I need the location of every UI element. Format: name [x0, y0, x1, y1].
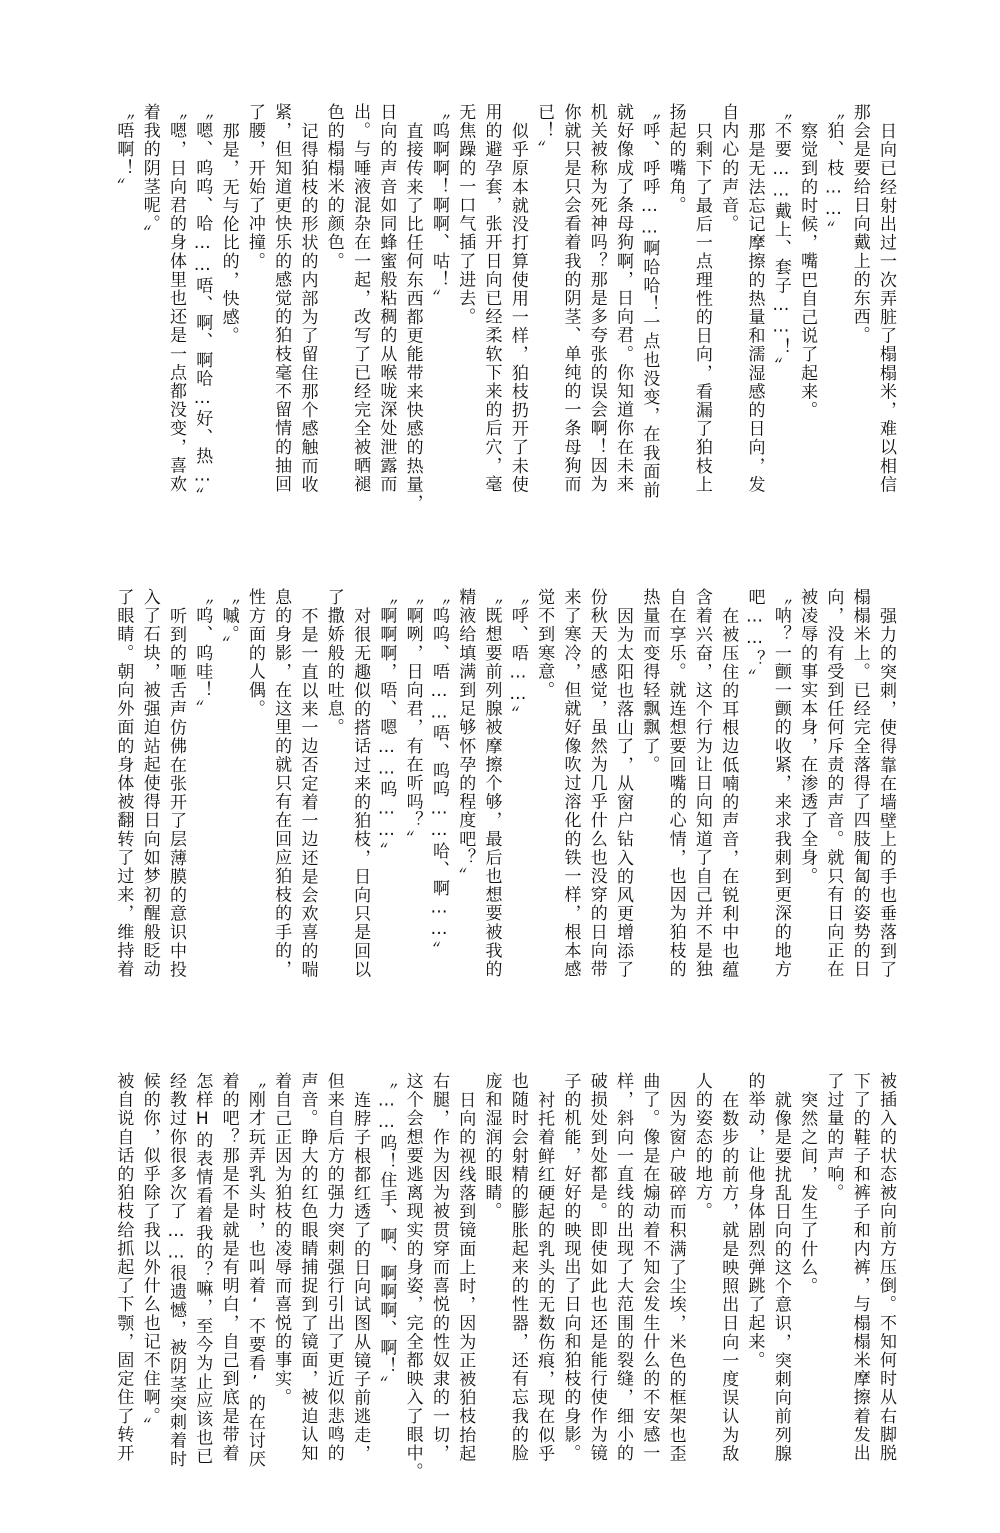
- text-column: 色的榻榻米的颜色。: [320, 103, 346, 505]
- text-column: 那是无法忘记摩擦的热量和濡湿感的日向，发: [741, 103, 767, 505]
- text-column: 那是，无与伦比的，快感。: [215, 103, 241, 505]
- text-column: 日向的声音如同蜂蜜般粘稠的从喉咙深处泄露而: [373, 103, 399, 505]
- text-column: 突然之间，发生了什么。: [794, 1072, 820, 1474]
- text-column: 下了的鞋子和裤子和内裤，与榻榻米摩擦着发出: [846, 1072, 872, 1474]
- text-column: 吧……？〞: [741, 588, 767, 990]
- text-column: 着我的阴茎呢。〞: [136, 103, 162, 505]
- text-column: 榻榻米上。已经完全落得了四肢匍匐的姿势的日: [846, 588, 872, 990]
- text-column: 人的姿态的地方。: [689, 1072, 715, 1474]
- text-column: 热量而变得轻飘飘了。: [636, 588, 662, 990]
- text-column: 直接传来了比任何东西都更能带来快感的热量，: [399, 103, 425, 505]
- text-column: 紧，但知道更快乐的感觉的狛枝毫不留情的抽回: [268, 103, 294, 505]
- dialogue-column: 〝呼、呼呼……啊哈哈！一点也没变，在我面前: [636, 103, 662, 505]
- text-column: 破损处到处都是。即使如此也还是能行使作为镜: [583, 1072, 609, 1474]
- text-column: 无焦躁的一口气插了进去。: [452, 103, 478, 505]
- text-column: 精液给填满到足够怀孕的程度吧？〞: [452, 588, 478, 990]
- dialogue-column: 〝唔啊！〞: [110, 103, 136, 505]
- text-column: 了腰，开始了冲撞。: [242, 103, 268, 505]
- text-column: 记得狛枝的形状的内部为了留住那个感触而收: [294, 103, 320, 505]
- text-block-middle: 强力的突刺，使得靠在墙壁上的手也垂落到了 榻榻米上。已经完全落得了四肢匍匐的姿势…: [109, 588, 899, 990]
- dialogue-column: 〝……呜！住手、啊、啊啊啊、啊！〞: [373, 1072, 399, 1474]
- text-column: 入了石块，被强迫站起使得日向如梦初醒般眨动: [136, 588, 162, 990]
- dialogue-column: 〝刚才玩弄乳头时，也叫着‘不要看’的在讨厌: [242, 1072, 268, 1474]
- text-column: 着自己正因为狛枝的凌辱而喜悦的事实。: [268, 1072, 294, 1474]
- text-column: 的举动，让他身体剧烈弹跳了起来。: [741, 1072, 767, 1474]
- text-column: 含着兴奋，这个行为让日向知道了自己并不是独: [689, 588, 715, 990]
- text-column: 那会是要给日向戴上的东西。: [846, 103, 872, 505]
- text-column: 因为太阳也落山了，从窗户钻入的风更增添了: [610, 588, 636, 990]
- text-column: 被凌辱的事实本身，在渗透了全身。: [794, 588, 820, 990]
- text-column: 向，没有受到任何斥责的声音。就只有日向正在: [820, 588, 846, 990]
- text-column: 来了寒冷，但就好像吹过溶化的铁一样，根本感: [557, 588, 583, 990]
- text-column: 强力的突刺，使得靠在墙壁上的手也垂落到了: [873, 588, 899, 990]
- text-column: 就好像成了条母狗啊，日向君。你知道你在未来: [610, 103, 636, 505]
- dialogue-column: 〝既想要前列腺被摩擦个够，最后也想要被我的: [478, 588, 504, 990]
- dialogue-column: 〝狛、枝……〞: [820, 103, 846, 505]
- text-column: 出。与唾液混杂在一起，改写了已经完全被晒褪: [347, 103, 373, 505]
- text-column: 已！〞: [531, 103, 557, 505]
- text-column: 了过量的声响。: [820, 1072, 846, 1474]
- text-column: 听到的咂舌声仿佛在张开了层薄膜的意识中投: [163, 588, 189, 990]
- text-column: 候的你，似乎除了我以外什么也记不住啊。〞: [136, 1072, 162, 1474]
- dialogue-column: 〝呜啊啊！啊啊、咕！〞: [426, 103, 452, 505]
- text-column: 曲了。像是在煽动着不知会发生什么的不安感一: [636, 1072, 662, 1474]
- text-column: 了眼睛。朝向外面的身体被翻转了过来，维持着: [110, 588, 136, 990]
- text-column: 只剩下了最后一点理性的日向，看漏了狛枝上: [689, 103, 715, 505]
- text-column: 在数步的前方，就是映照出日向一度误认为敌: [715, 1072, 741, 1474]
- text-column: 你就只是只会看着我的阴茎、单纯的一条母狗而: [557, 103, 583, 505]
- text-column: 日向已经射出过一次弄脏了榻榻米，难以相信: [873, 103, 899, 505]
- text-column: 声音。睁大的红色眼睛捕捉到了镜面，被迫认知: [294, 1072, 320, 1474]
- text-column: 份秋天的感觉，虽然为几乎什么也没穿的日向带: [583, 588, 609, 990]
- dialogue-column: 〝呜、呜哇！〞: [189, 588, 215, 990]
- text-column: 对很无趣似的搭话过来的狛枝，日向只是回以: [347, 588, 373, 990]
- text-column: 就像是要扰乱日向的这个意识，突刺向前列腺: [768, 1072, 794, 1474]
- dialogue-column: 〝啊啊啊，唔、嗯……呜……〞: [373, 588, 399, 990]
- text-column: 被自说自话的狛枝给抓起了下颚，固定住了转开: [110, 1072, 136, 1474]
- text-column: 了撒娇般的吐息。: [320, 588, 346, 990]
- text-column: 也随时会射精的膨胀起来的性器，还有忘我的脸: [505, 1072, 531, 1474]
- text-block-top: 日向已经射出过一次弄脏了榻榻米，难以相信 那会是要给日向戴上的东西。 〝狛、枝……: [109, 103, 899, 505]
- text-column: 似乎原本就没打算使用一样，狛枝扔开了未使: [505, 103, 531, 505]
- dialogue-column: 〝呜呜、唔……唔、呜呜……哈、啊……〞: [426, 588, 452, 990]
- text-column: 机关被称为死神吗？那是多夸张的误会啊！因为: [583, 103, 609, 505]
- dialogue-column: 〝呐？一颤一颤的收紧，来求我刺到更深的地方: [768, 588, 794, 990]
- text-column: 衬托着鲜红硬起的乳头的无数伤痕，现在似乎: [531, 1072, 557, 1474]
- text-column: 被插入的状态被向前方压倒。不知何时从右脚脱: [873, 1072, 899, 1474]
- text-column: 样，斜向一直线的出现了大范围的裂缝，细小的: [610, 1072, 636, 1474]
- dialogue-column: 〝呼、唔……〞: [505, 588, 531, 990]
- dialogue-column: 〝嘁。〞: [215, 588, 241, 990]
- dialogue-column: 〝啊咧，日向君，有在听吗？〞: [399, 588, 425, 990]
- text-column: 自内心的声音。: [715, 103, 741, 505]
- text-column: 察觉到的时候，嘴巴自己说了起来。: [794, 103, 820, 505]
- text-column: 经教过你很多次了……很遗憾，被阴茎突刺着时: [163, 1072, 189, 1474]
- text-column: 子的机能，好好的映现出了日向和狛枝的身影。: [557, 1072, 583, 1474]
- text-column: 连脖子根都红透了的日向试图从镜子前逃走，: [347, 1072, 373, 1474]
- text-column: 不是一直以来一边否定着一边还是会欢喜的喘: [294, 588, 320, 990]
- text-column: 用的避孕套，张开日向已经柔软下来的后穴，毫: [478, 103, 504, 505]
- text-column: 性方面的人偶。: [242, 588, 268, 990]
- dialogue-column: 〝不要……戴上、套子……！〞: [768, 103, 794, 505]
- text-column: 因为窗户破碎而积满了尘埃，米色的框架也歪: [662, 1072, 688, 1474]
- text-column: 息的身影，在这里的就只有在回应狛枝的手的，: [268, 588, 294, 990]
- text-column: 在被压住的耳根边低喃的声音，在锐利中也蕴: [715, 588, 741, 990]
- text-column: 但来自后方的强力突刺强行引出了更近似悲鸣的: [320, 1072, 346, 1474]
- text-column: 觉不到寒意。: [531, 588, 557, 990]
- text-column: 这个会想要逃离现实的身姿，完全都映入了眼中。: [399, 1072, 425, 1474]
- dialogue-column: 〝嗯，日向君的身体里也还是一点都没变，喜欢: [163, 103, 189, 505]
- text-column: 扬起的嘴角。: [662, 103, 688, 505]
- text-column: 怎样H的表情看着我的？嘛，至今为止应该也已: [189, 1072, 215, 1474]
- text-column: 着的吧？那是不是就是有明白，自己到底是带着: [215, 1072, 241, 1474]
- text-column: 右腿，作为因为被贯穿而喜悦的性奴隶的一切，: [426, 1072, 452, 1474]
- text-block-bottom: 被插入的状态被向前方压倒。不知何时从右脚脱 下了的鞋子和裤子和内裤，与榻榻米摩擦…: [109, 1072, 899, 1474]
- text-column: 自在享乐。就连想要回嘴的心情，也因为狛枝的: [662, 588, 688, 990]
- dialogue-column: 〝嗯、呜呜、哈……唔、啊、啊哈…好、热…〞: [189, 103, 215, 505]
- text-column: 庞和湿润的眼睛。: [478, 1072, 504, 1474]
- text-column: 日向的视线落到镜面上时，因为正被狛枝抬起: [452, 1072, 478, 1474]
- page: 日向已经射出过一次弄脏了榻榻米，难以相信 那会是要给日向戴上的东西。 〝狛、枝……: [0, 0, 1000, 1533]
